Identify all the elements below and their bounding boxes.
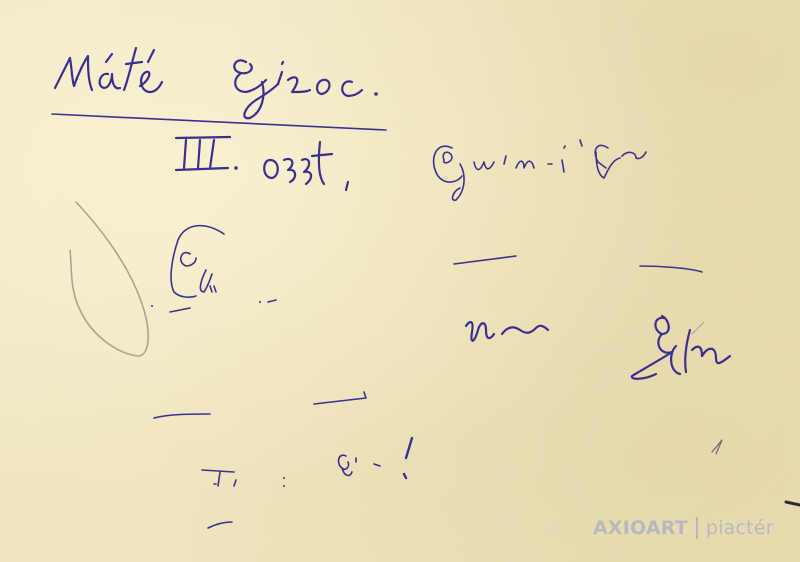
word-gyumila (434, 140, 646, 200)
pencil-loop (70, 202, 148, 356)
name-underline (52, 114, 386, 130)
name-mate-stroke (55, 48, 162, 92)
dash-mark (454, 256, 516, 264)
scribble-bottom (202, 438, 412, 487)
roman-numeral-III (176, 137, 238, 170)
watermark-brand: AXIOART (593, 517, 688, 539)
word-oszt (264, 142, 348, 190)
dash-mark (154, 414, 210, 418)
watermark: AXIOART piactér (593, 517, 774, 539)
scribble-gzln (632, 316, 730, 379)
watermark-subtitle: piactér (706, 517, 774, 539)
handwriting-ink (0, 0, 800, 562)
handwritten-card: Máté Gézoc. III. oszt. Gyumi'la (0, 0, 800, 562)
name-gezoc-stroke (234, 60, 378, 118)
scribble-un (466, 322, 548, 341)
scribble-gu (151, 226, 276, 312)
watermark-separator (696, 517, 698, 539)
arrow-mark (314, 392, 366, 404)
edge-mark (786, 502, 800, 505)
dash-mark (208, 522, 232, 528)
dash-mark (640, 266, 702, 272)
pencil-mark (712, 440, 722, 454)
ink-stain (713, 11, 719, 16)
